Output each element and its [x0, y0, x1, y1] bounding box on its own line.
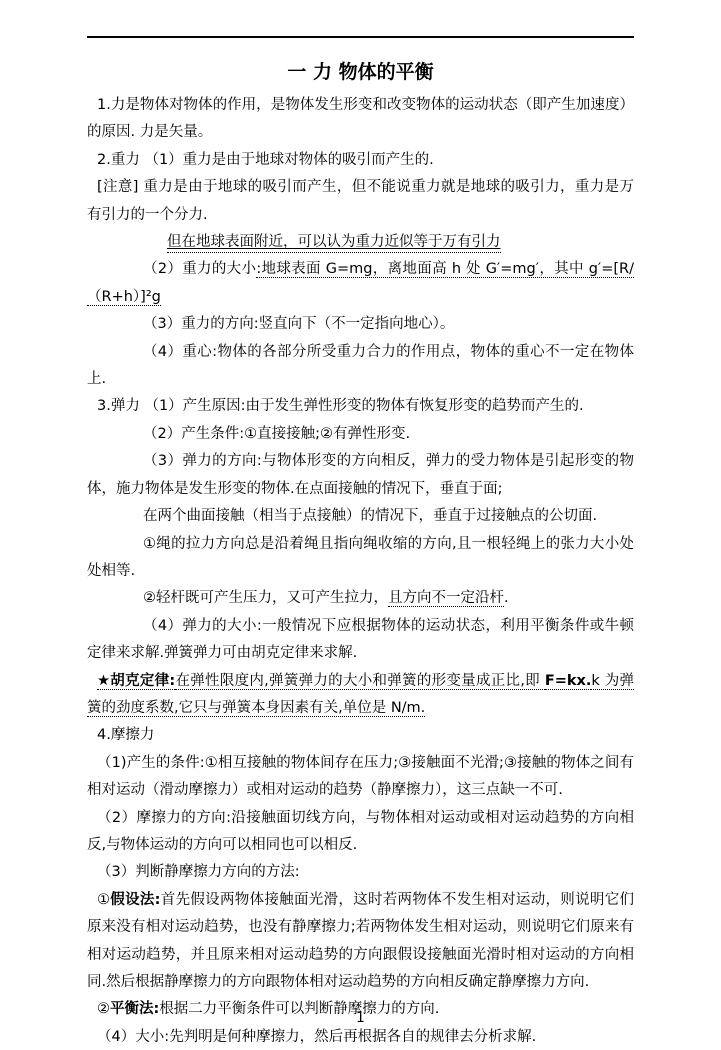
- text-run: （2）重力的大小: [143, 261, 256, 277]
- paragraph: 4.摩擦力: [87, 722, 634, 749]
- text-run: 在两个曲面接触（相当于点接触）的情况下，垂直于过接触点的公切面.: [143, 508, 597, 524]
- page-number: 1: [87, 1010, 634, 1026]
- text-run: 3.弹力 （1）产生原因:由于发生弹性形变的物体有恢复形变的趋势而产生的.: [97, 398, 584, 414]
- text-run: （2）摩擦力的方向:沿接触面切线方向，与物体相对运动或相对运动趋势的方向相反,与…: [87, 810, 634, 853]
- document-page: 一 力 物体的平衡 1.力是物体对物体的作用，是物体发生形变和改变物体的运动状态…: [0, 0, 721, 1050]
- paragraph: 在两个曲面接触（相当于点接触）的情况下，垂直于过接触点的公切面.: [87, 503, 634, 530]
- text-run: 但在地球表面附近，可以认为重力近似等于万有引力: [167, 234, 501, 253]
- text-run: .: [504, 590, 509, 606]
- text-run: 首先假设两物体接触面光滑，这时若两物体不发生相对运动，则说明它们原来没有相对运动…: [87, 892, 634, 990]
- paragraph: 1.力是物体对物体的作用，是物体发生形变和改变物体的运动状态（即产生加速度）的原…: [87, 92, 634, 147]
- paragraph: 3.弹力 （1）产生原因:由于发生弹性形变的物体有恢复形变的趋势而产生的.: [87, 393, 634, 420]
- text-run: F=kx.: [545, 673, 592, 690]
- text-run: （4）重心:物体的各部分所受重力合力的作用点，物体的重心不一定在物体上.: [87, 344, 634, 387]
- text-run: （4）弹力的大小:一般情况下应根据物体的运动状态，利用平衡条件或牛顿定律来求解.…: [87, 618, 634, 661]
- text-run: （3）重力的方向:竖直向下（不一定指向地心）。: [143, 316, 454, 332]
- text-run: 4.摩擦力: [97, 727, 154, 743]
- paragraph: 但在地球表面附近，可以认为重力近似等于万有引力: [87, 229, 634, 256]
- text-run: [注意] 重力是由于地球的吸引而产生，但不能说重力就是地球的吸引力，重力是万有引…: [87, 179, 634, 222]
- paragraph: （3）重力的方向:竖直向下（不一定指向地心）。: [87, 311, 634, 338]
- paragraph: 2.重力 （1）重力是由于地球对物体的吸引而产生的.: [87, 147, 634, 174]
- text-run: （4）大小:先判明是何种摩擦力，然后再根据各自的规律去分析求解.: [97, 1029, 536, 1045]
- paragraph: （3）判断静摩擦力方向的方法:: [87, 859, 634, 886]
- text-run: ①绳的拉力方向总是沿着绳且指向绳收缩的方向,且一根轻绳上的张力大小处处相等.: [87, 536, 634, 579]
- paragraph: ①绳的拉力方向总是沿着绳且指向绳收缩的方向,且一根轻绳上的张力大小处处相等.: [87, 531, 634, 586]
- paragraph: （2）产生条件:①直接接触;②有弹性形变.: [87, 421, 634, 448]
- text-run: （3）弹力的方向:与物体形变的方向相反，弹力的受力物体是引起形变的物体，施力物体…: [87, 453, 634, 496]
- paragraph: （1)产生的条件:①相互接触的物体间存在压力;③接触面不光滑;③接触的物体之间有…: [87, 750, 634, 805]
- document-content: 一 力 物体的平衡 1.力是物体对物体的作用，是物体发生形变和改变物体的运动状态…: [87, 50, 634, 1050]
- text-run: 且方向不一定沿杆: [388, 590, 504, 607]
- text-run: （1)产生的条件:①相互接触的物体间存在压力;③接触面不光滑;③接触的物体之间有…: [87, 755, 634, 798]
- text-run: ②轻杆既可产生压力，又可产生拉力，: [143, 590, 388, 606]
- paragraph: （3）弹力的方向:与物体形变的方向相反，弹力的受力物体是引起形变的物体，施力物体…: [87, 448, 634, 503]
- text-run: （3）判断静摩擦力方向的方法:: [97, 864, 300, 880]
- paragraph: （2）重力的大小:地球表面 G=mg，离地面高 h 处 G′=mg′，其中 g′…: [87, 256, 634, 311]
- paragraph: [注意] 重力是由于地球的吸引而产生，但不能说重力就是地球的吸引力，重力是万有引…: [87, 174, 634, 229]
- text-run: ★胡克定律:: [97, 673, 175, 690]
- text-run: 2.重力 （1）重力是由于地球对物体的吸引而产生的.: [97, 152, 434, 168]
- text-run: 假设法:: [110, 892, 160, 908]
- text-run: 在弹性限度内,弹簧弹力的大小和弹簧的形变量成正比,即: [175, 673, 545, 690]
- text-run: ①: [97, 892, 110, 908]
- paragraph: ①假设法:首先假设两物体接触面光滑，这时若两物体不发生相对运动，则说明它们原来没…: [87, 887, 634, 997]
- text-run: 1.力是物体对物体的作用，是物体发生形变和改变物体的运动状态（即产生加速度）的原…: [87, 97, 634, 140]
- page-title: 一 力 物体的平衡: [87, 58, 634, 86]
- paragraph: （4）弹力的大小:一般情况下应根据物体的运动状态，利用平衡条件或牛顿定律来求解.…: [87, 613, 634, 668]
- paragraph: （2）摩擦力的方向:沿接触面切线方向，与物体相对运动或相对运动趋势的方向相反,与…: [87, 805, 634, 860]
- document-body: 1.力是物体对物体的作用，是物体发生形变和改变物体的运动状态（即产生加速度）的原…: [87, 92, 634, 1050]
- header-rule: [87, 36, 634, 38]
- paragraph: ②轻杆既可产生压力，又可产生拉力，且方向不一定沿杆.: [87, 585, 634, 612]
- paragraph: （4）大小:先判明是何种摩擦力，然后再根据各自的规律去分析求解.: [87, 1024, 634, 1050]
- paragraph: （4）重心:物体的各部分所受重力合力的作用点，物体的重心不一定在物体上.: [87, 339, 634, 394]
- paragraph: ★胡克定律:在弹性限度内,弹簧弹力的大小和弹簧的形变量成正比,即 F=kx.k …: [87, 668, 634, 723]
- text-run: （2）产生条件:①直接接触;②有弹性形变.: [143, 426, 410, 442]
